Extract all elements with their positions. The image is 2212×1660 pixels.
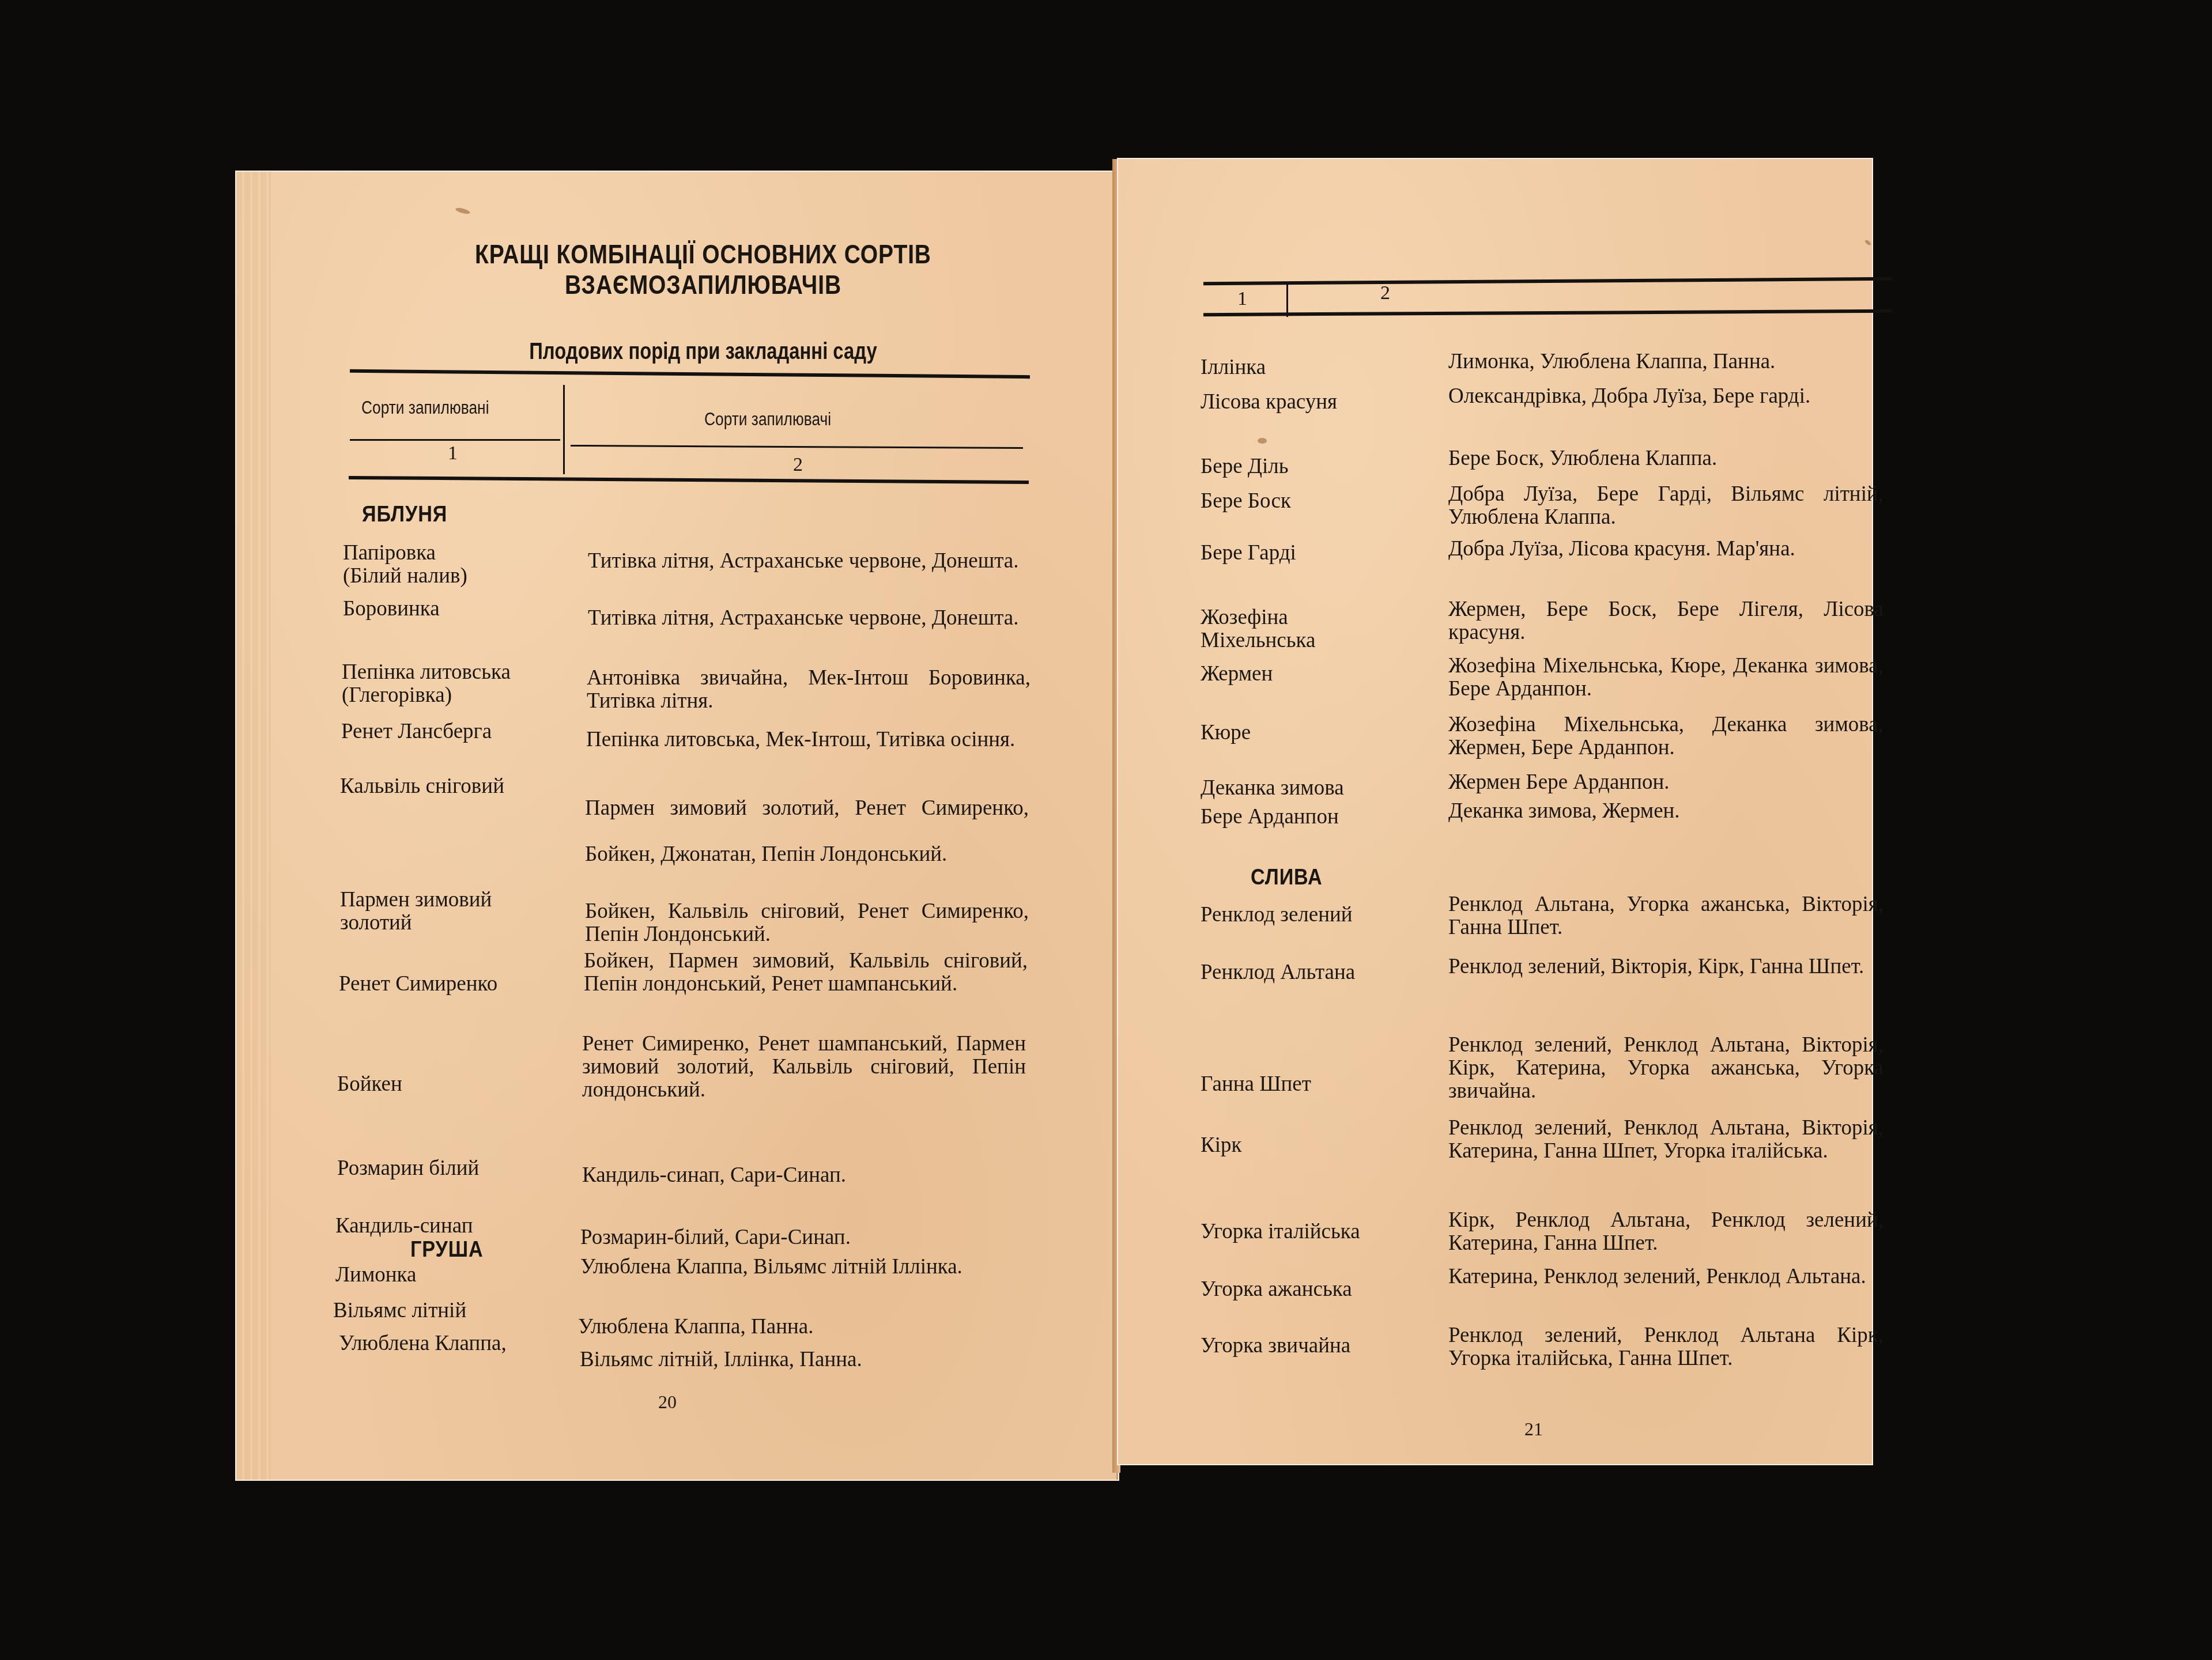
page-title-line-2: ВЗАЄМОЗАПИЛЮВАЧІВ xyxy=(409,270,997,300)
column-number-1: 1 xyxy=(448,443,458,464)
column-number-2: 2 xyxy=(793,454,803,476)
column-number-2: 2 xyxy=(1380,282,1390,304)
paper-speck xyxy=(1258,438,1267,444)
table-column-divider xyxy=(563,385,565,474)
section-heading-apple: ЯБЛУНЯ xyxy=(362,502,447,527)
header-col2: Сорти запилювачі xyxy=(704,409,831,430)
table-column-divider xyxy=(1286,282,1288,317)
header-sub-rule-1 xyxy=(350,439,560,441)
column-number-1: 1 xyxy=(1237,288,1247,310)
page-number: 21 xyxy=(1524,1419,1543,1440)
header-col1: Сорти запилювані xyxy=(361,398,489,418)
section-heading-plum: СЛИВА xyxy=(1251,865,1323,890)
page-number: 20 xyxy=(658,1391,677,1413)
page-title-line-1: КРАЩІ КОМБІНАЦІЇ ОСНОВНИХ СОРТІВ xyxy=(409,239,997,269)
table-subtitle: Плодових порід при закладанні саду xyxy=(420,339,987,365)
section-heading-pear: ГРУША xyxy=(410,1238,484,1262)
